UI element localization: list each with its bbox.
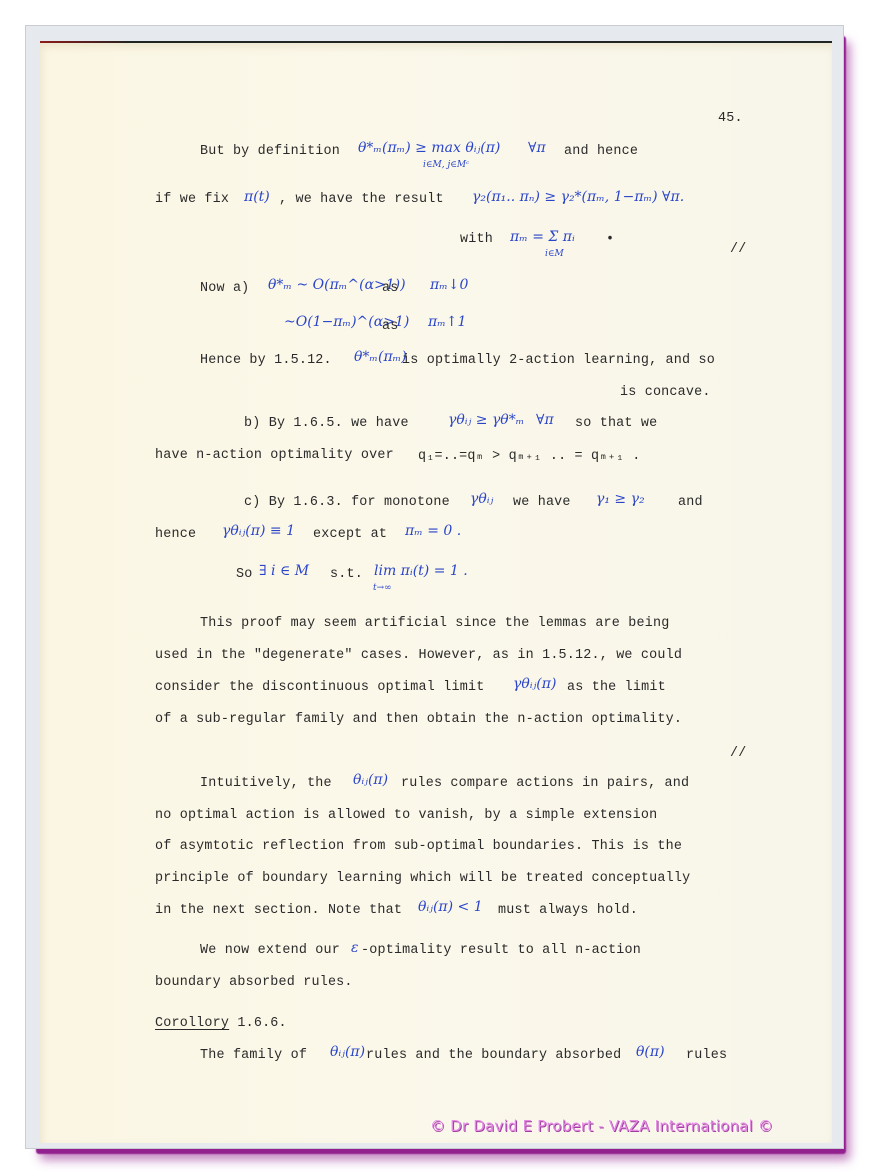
text-line: -optimality result to all n-action: [361, 943, 641, 958]
end-of-proof-mark: //: [730, 746, 746, 761]
text-line: The family of: [200, 1048, 307, 1063]
text-line: hence: [155, 527, 196, 542]
text-line: boundary absorbed rules.: [155, 975, 353, 990]
copyright-watermark: © Dr David E Probert - VAZA Internationa…: [430, 1117, 773, 1135]
text-line: used in the "degenerate" cases. However,…: [155, 648, 682, 663]
handwritten-formula: θᵢⱼ(π) < 1: [418, 899, 483, 915]
text-line: is concave.: [620, 385, 711, 400]
handwritten-formula: π(t): [244, 189, 270, 205]
page-number: 45.: [718, 111, 743, 126]
text-line: , we have the result: [279, 192, 444, 207]
handwritten-formula: πₘ = 0 .: [405, 523, 461, 539]
text-line: in the next section. Note that: [155, 903, 402, 918]
handwritten-formula: ∀π: [536, 412, 554, 428]
handwritten-formula: ε: [351, 940, 359, 956]
text-line: rules: [686, 1048, 727, 1063]
text-line: principle of boundary learning which wil…: [155, 871, 690, 886]
handwritten-subscript: t→∞: [373, 583, 392, 593]
text-line: Now a): [200, 281, 249, 296]
handwritten-formula: lim πᵢ(t) = 1 .: [374, 563, 468, 579]
text-line: with: [460, 232, 493, 247]
text-line: must always hold.: [498, 903, 638, 918]
text-line: of asymtotic reflection from sub-optimal…: [155, 839, 682, 854]
handwritten-formula: θ*ₘ(πₘ): [354, 349, 407, 365]
text-line: s.t.: [330, 567, 363, 582]
handwritten-subscript: i∈M, j∈Mᶜ: [423, 160, 469, 170]
text-line: is optimally 2-action learning, and so: [402, 353, 715, 368]
text-line: as: [382, 281, 398, 296]
handwritten-formula: θᵢⱼ(π): [330, 1044, 365, 1060]
corollary-number: 1.6.6.: [229, 1016, 287, 1031]
handwritten-formula: θ*ₘ(πₘ) ≥ max θᵢⱼ(π): [358, 140, 500, 156]
text-line: as: [382, 319, 398, 334]
text-line: and hence: [564, 144, 638, 159]
text-line: This proof may seem artificial since the…: [200, 616, 669, 631]
handwritten-formula: πₘ↓0: [430, 277, 468, 293]
text-line: b) By 1.6.5. we have: [244, 416, 409, 431]
text-line: rules and the boundary absorbed: [366, 1048, 621, 1063]
handwritten-formula: γ₂(π₁.. πₙ) ≥ γ₂*(πₘ, 1−πₘ) ∀π.: [472, 189, 684, 205]
text-line: except at: [313, 527, 387, 542]
text-line: if we fix: [155, 192, 229, 207]
corollary-heading: Corollory 1.6.6.: [155, 1016, 287, 1031]
handwritten-formula: γθᵢⱼ: [470, 491, 493, 507]
text-line: •: [606, 232, 614, 247]
handwritten-formula: πₘ↑1: [428, 314, 466, 330]
handwritten-subscript: i∈M: [545, 249, 564, 259]
text-line: have n-action optimality over: [155, 448, 394, 463]
text-line: rules compare actions in pairs, and: [401, 776, 689, 791]
text-line: But by definition: [200, 144, 340, 159]
handwritten-formula: θ(π): [636, 1044, 665, 1060]
text-line: We now extend our: [200, 943, 340, 958]
handwritten-formula: ∀π: [528, 140, 546, 156]
document-page: 45. But by definition θ*ₘ(πₘ) ≥ max θᵢⱼ(…: [40, 41, 832, 1143]
corollary-label: Corollory: [155, 1016, 229, 1031]
end-of-proof-mark: //: [730, 242, 746, 257]
text-line: as the limit: [567, 680, 666, 695]
text-line: c) By 1.6.3. for monotone: [244, 495, 450, 510]
text-line: consider the discontinuous optimal limit: [155, 680, 484, 695]
handwritten-formula: γθᵢⱼ ≥ γθ*ₘ: [448, 412, 524, 428]
handwritten-formula: γθᵢⱼ(π) ≡ 1: [222, 523, 295, 539]
text-line: and: [678, 495, 703, 510]
handwritten-formula: πₘ = Σ πᵢ: [510, 229, 575, 245]
handwritten-formula: θᵢⱼ(π): [353, 772, 388, 788]
text-line: we have: [513, 495, 571, 510]
text-line: no optimal action is allowed to vanish, …: [155, 808, 657, 823]
text-line: so that we: [575, 416, 657, 431]
handwritten-formula: γ₁ ≥ γ₂: [596, 491, 645, 507]
text-line: Hence by 1.5.12.: [200, 353, 332, 368]
text-line: Intuitively, the: [200, 776, 332, 791]
handwritten-formula: ∃ i ∈ M: [259, 563, 309, 579]
text-line: of a sub-regular family and then obtain …: [155, 712, 682, 727]
text-line: So: [236, 567, 252, 582]
handwritten-formula: γθᵢⱼ(π): [513, 676, 556, 692]
typed-formula: q₁=..=qₘ > qₘ₊₁ .. = qₘ₊₁ .: [418, 448, 641, 464]
